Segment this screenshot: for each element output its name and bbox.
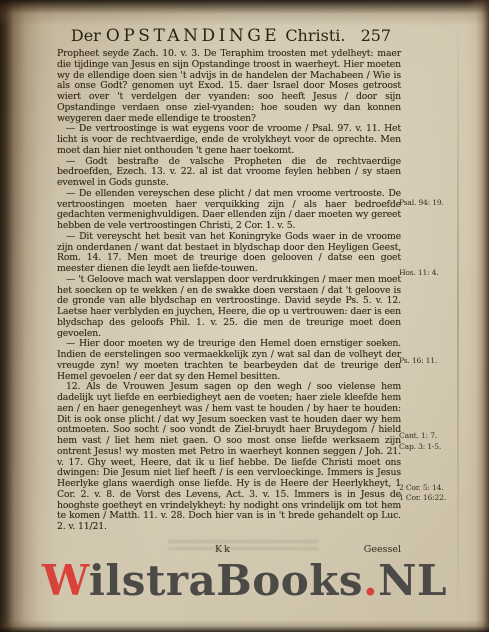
margin-note: 1 Cor. 16:22. <box>399 494 461 503</box>
paragraph: — Dit vereyscht het besit van het Koning… <box>57 232 401 275</box>
photo-edge-left <box>0 0 58 632</box>
running-head-prefix: Der <box>71 26 101 45</box>
photo-edge-right <box>467 0 489 632</box>
catchword: Geessel <box>364 544 401 555</box>
watermark-books: Books <box>216 556 363 605</box>
paragraph: — Godt bestrafte de valsche Propheten di… <box>57 157 401 189</box>
margin-note: Hos. 11: 4. <box>399 269 461 278</box>
running-head-title: OPSTANDINGE <box>106 26 280 46</box>
paragraph: — 't Geloove mach wat verslappen door ve… <box>57 275 401 340</box>
photo-edge-top <box>0 0 489 26</box>
photo-edge-bottom <box>0 620 489 632</box>
running-head-suffix: Christi. <box>285 26 345 45</box>
watermark-ilstra: ilstra <box>89 556 216 605</box>
margin-note: Cant. 1: 7. <box>399 432 461 441</box>
body-text-block: Propheet seyde Zach. 10. v. 3. De Teraph… <box>57 49 401 533</box>
page-number: 257 <box>361 26 392 45</box>
watermark-nl: NL <box>378 556 447 605</box>
ink-bleed-through <box>168 538 318 554</box>
book-page-photo: Der OPSTANDINGE Christi. 257 Propheet se… <box>0 0 489 632</box>
paragraph: Propheet seyde Zach. 10. v. 3. De Teraph… <box>57 49 401 124</box>
paragraph: 12. Als de Vrouwen Jesum sagen op den we… <box>57 382 401 533</box>
watermark-letter-w: W <box>42 556 89 605</box>
watermark-wilstrabooks: WilstraBooks.NL <box>0 556 489 605</box>
paragraph: — De ellenden vereyschen dese plicht / d… <box>57 189 401 232</box>
watermark-dot: . <box>363 556 378 605</box>
margin-note: Psal. 94: 19. <box>399 199 461 208</box>
paragraph: — De vertroostinge is wat eygens voor de… <box>57 124 401 156</box>
running-head: Der OPSTANDINGE Christi. 257 <box>57 26 405 46</box>
margin-note: Ps. 16: 11. <box>399 357 461 366</box>
page-edge-line <box>457 0 459 632</box>
margin-note: 2 Cor. 5: 14. <box>399 484 461 493</box>
margin-note: Cap. 3: 1-5. <box>399 443 461 452</box>
paragraph: — Hier door moeten wy de treurige den He… <box>57 339 401 382</box>
